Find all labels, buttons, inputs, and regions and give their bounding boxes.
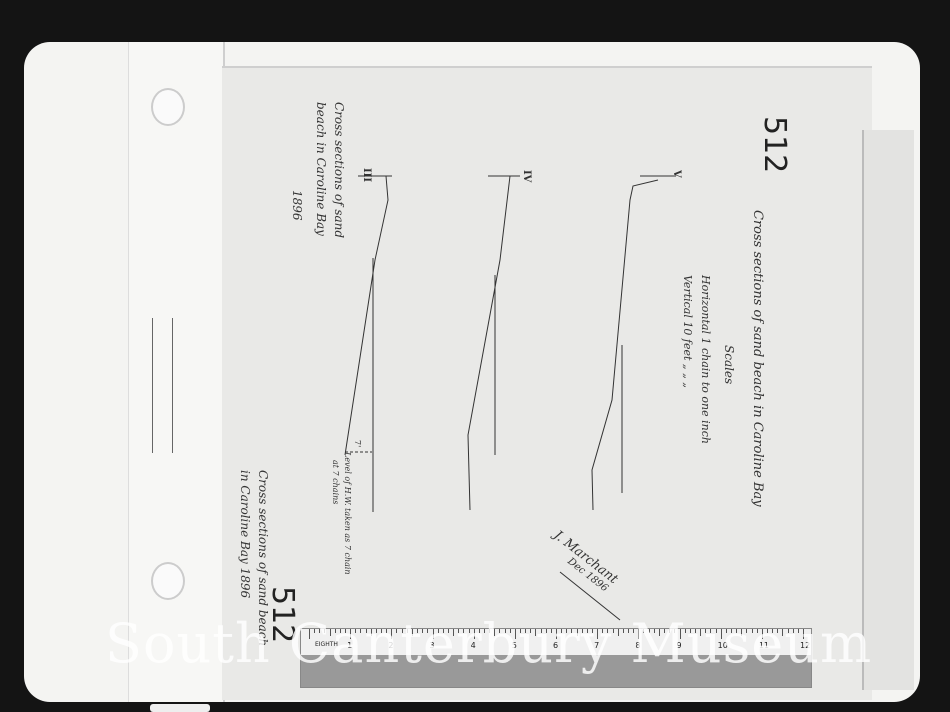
scale-horizontal: Horizontal 1 chain to one inch (699, 275, 712, 444)
bottom-tag (150, 704, 210, 712)
side-note-line-1: Cross sections of sand (332, 102, 346, 238)
section-label-iii: III (361, 168, 372, 182)
scale-vertical: Vertical 10 feet „ „ „ (681, 275, 694, 388)
side-note-year: 1896 (290, 190, 304, 221)
level-note-line-1: Level of H.W. taken as 7 chain (343, 452, 352, 575)
section-label-v: V (671, 170, 682, 178)
scales-heading: Scales (722, 345, 736, 384)
watermark: South Canterbury Museum (105, 612, 872, 675)
level-mark: 7' (353, 440, 362, 447)
margin-note-line-2: in Caroline Bay 1896 (238, 470, 252, 598)
level-note-line-2: at 7 chains (331, 460, 340, 504)
side-note-line-2: beach in Caroline Bay (314, 102, 328, 236)
cross-section-drawing (0, 0, 950, 712)
section-label-iv: IV (521, 170, 532, 182)
catalog-number: 512 (757, 116, 792, 173)
document-title: Cross sections of sand beach in Caroline… (750, 210, 765, 507)
